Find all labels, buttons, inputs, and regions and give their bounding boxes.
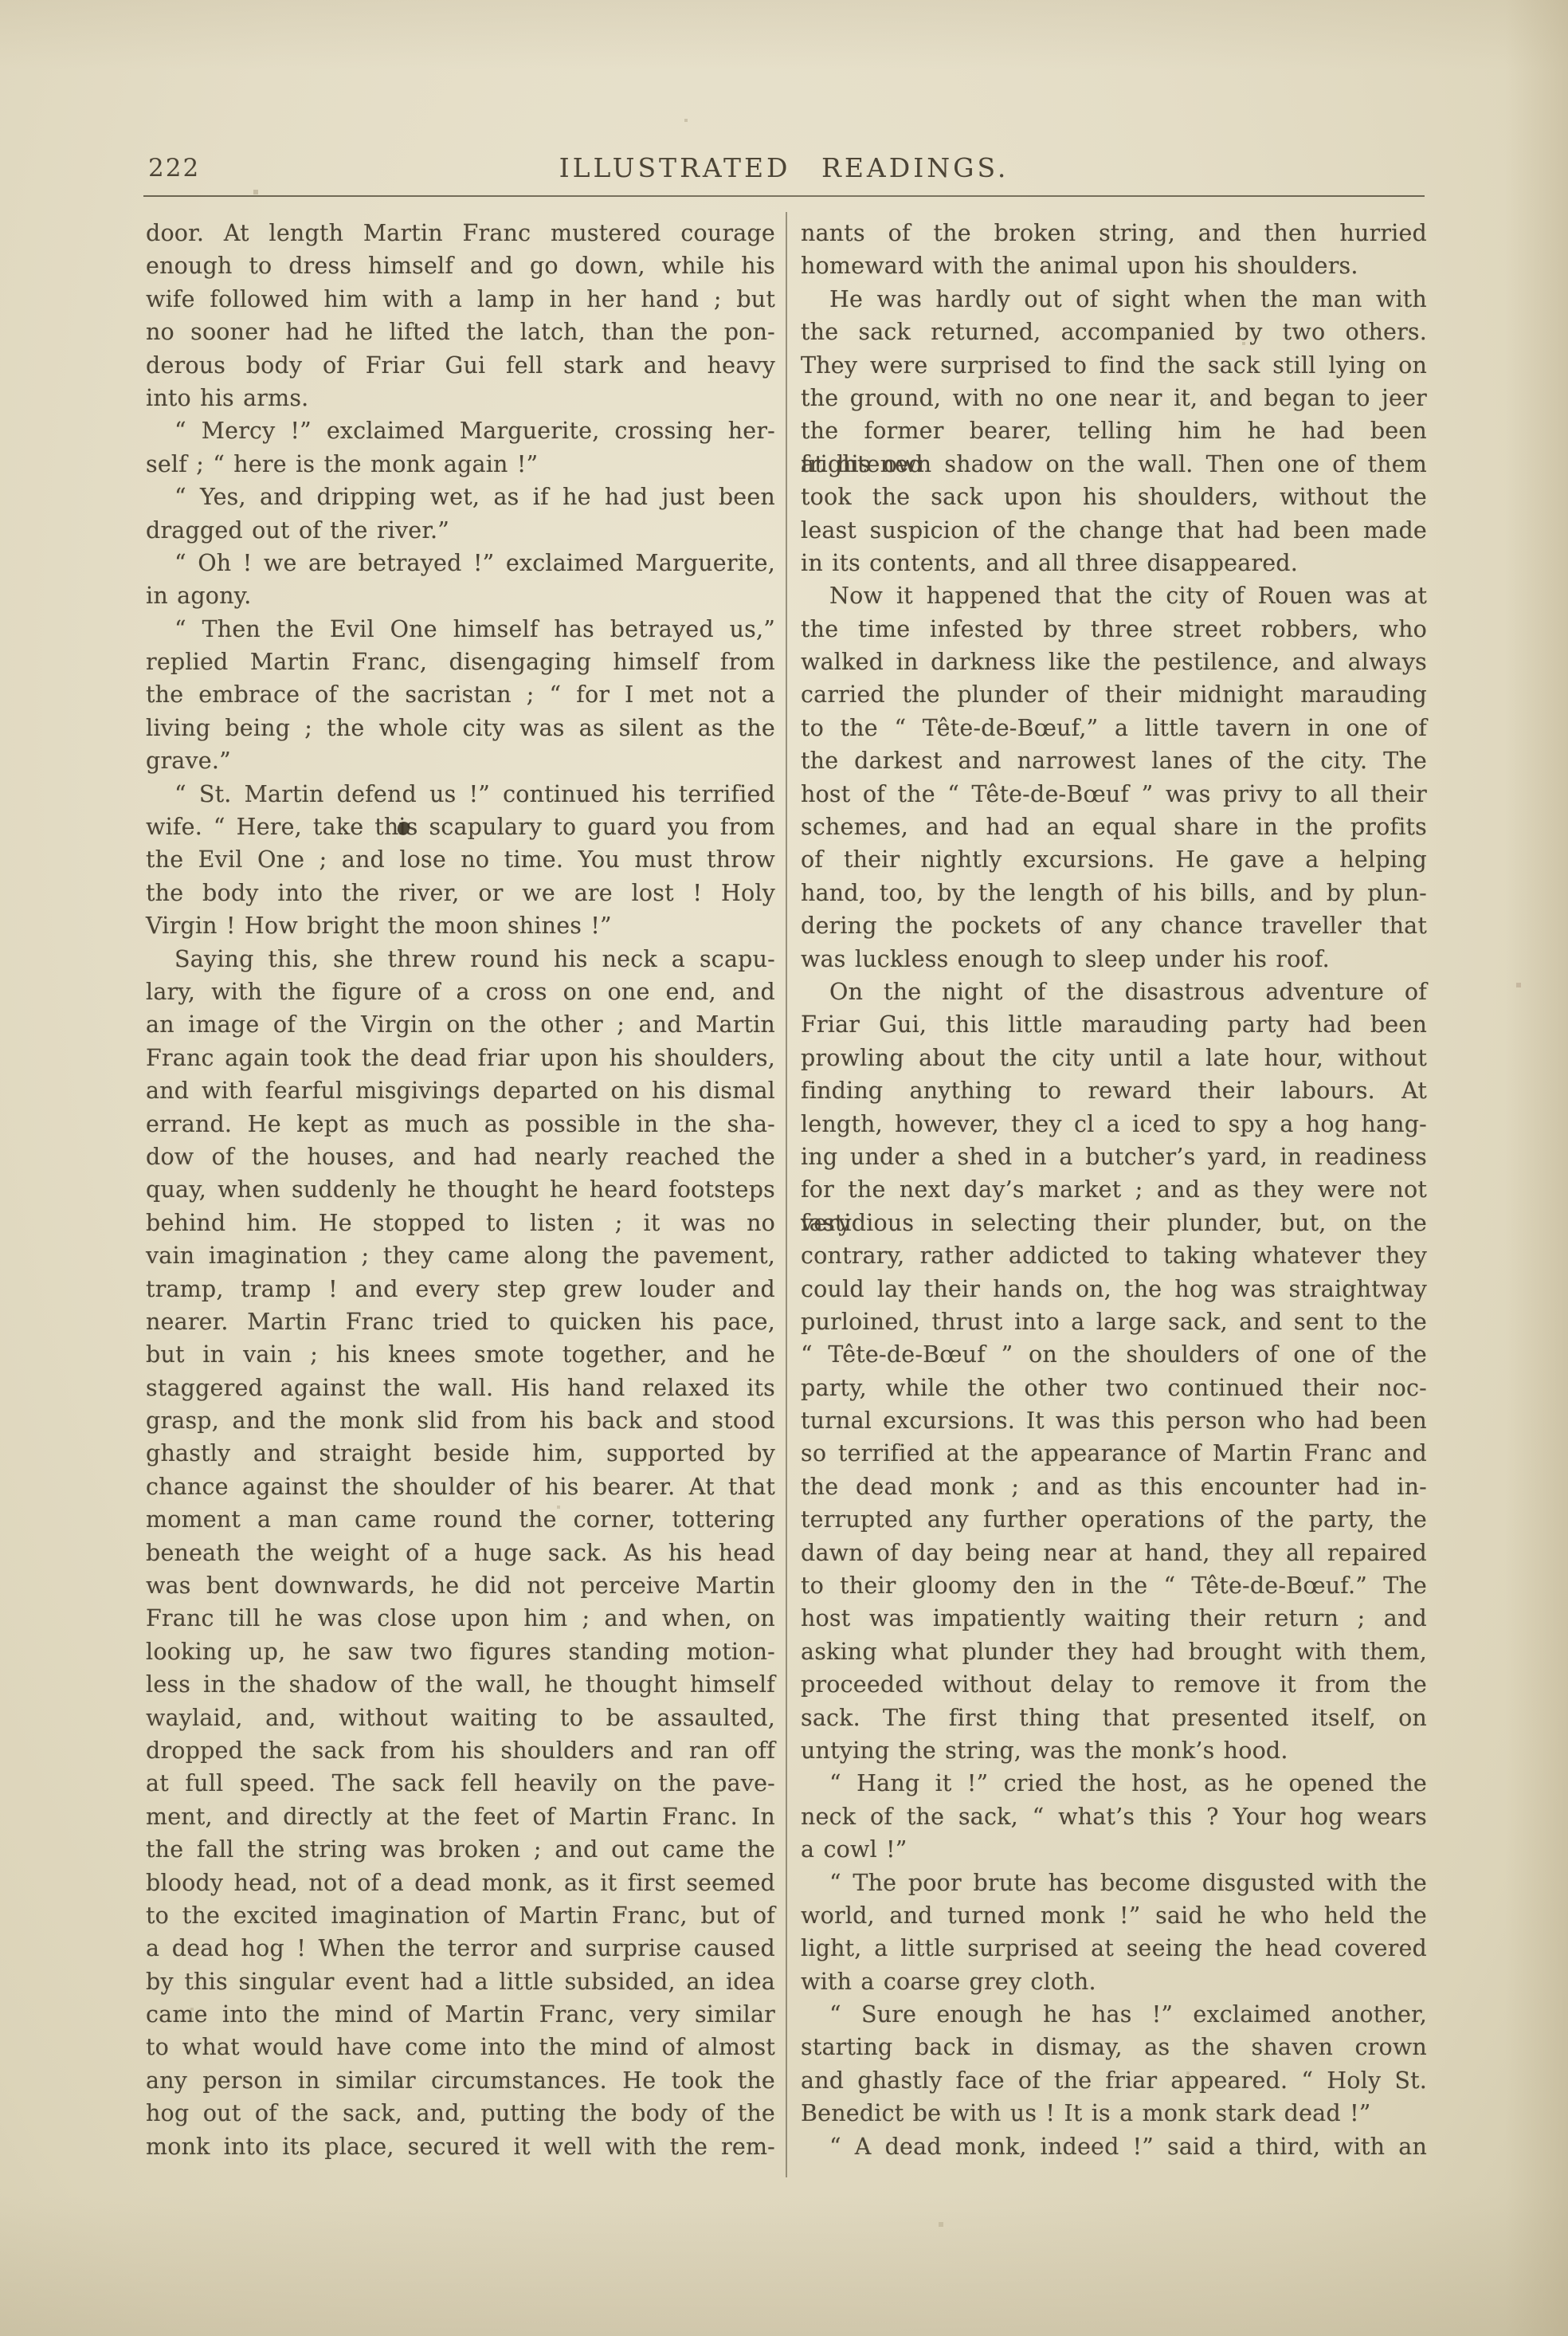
text-line: so terrified at the appearance of Martin…	[801, 1437, 1427, 1470]
column-divider	[786, 212, 787, 2177]
text-line: the embrace of the sacristan ; “ for I m…	[146, 678, 775, 711]
text-line: carried the plunder of their midnight ma…	[801, 678, 1427, 711]
text-line: finding anything to reward their labours…	[801, 1074, 1427, 1107]
text-line: chance against the shoulder of his beare…	[146, 1470, 775, 1503]
text-line: Benedict be with us ! It is a monk stark…	[801, 2097, 1427, 2130]
text-line: turnal excursions. It was this person wh…	[801, 1404, 1427, 1437]
text-line: to the “ Tête-de-Bœuf,” a little tavern …	[801, 712, 1427, 744]
text-line: to the excited imagination of Martin Fra…	[146, 1899, 775, 1932]
text-line: waylaid, and, without waiting to be assa…	[146, 1702, 775, 1734]
text-line: “ Tête-de-Bœuf ” on the shoulders of one…	[801, 1338, 1427, 1371]
text-line: walked in darkness like the pestilence, …	[801, 646, 1427, 678]
text-line: world, and turned monk !” said he who he…	[801, 1899, 1427, 1932]
text-line: dragged out of the river.”	[146, 514, 775, 547]
text-line: Saying this, she threw round his neck a …	[146, 943, 775, 976]
text-line: Friar Gui, this little marauding party h…	[801, 1008, 1427, 1041]
text-line: into his arms.	[146, 382, 775, 414]
text-line: the time infested by three street robber…	[801, 613, 1427, 646]
text-column-left: door. At length Martin Franc mustered co…	[146, 217, 775, 2163]
text-line: schemes, and had an equal share in the p…	[801, 811, 1427, 843]
text-line: the Evil One ; and lose no time. You mus…	[146, 843, 775, 876]
text-line: door. At length Martin Franc mustered co…	[146, 217, 775, 249]
text-line: moment a man came round the corner, tott…	[146, 1503, 775, 1536]
text-line: “ St. Martin defend us !” continued his …	[146, 778, 775, 811]
text-line: “ Sure enough he has !” exclaimed anothe…	[801, 1998, 1427, 2031]
text-line: the dead monk ; and as this encounter ha…	[801, 1470, 1427, 1503]
text-line: host of the “ Tête-de-Bœuf ” was privy t…	[801, 778, 1427, 811]
text-line: “ Hang it !” cried the host, as he opene…	[801, 1767, 1427, 1800]
text-line: He was hardly out of sight when the man …	[801, 283, 1427, 316]
text-line: at full speed. The sack fell heavily on …	[146, 1767, 775, 1800]
text-line: “ Mercy !” exclaimed Marguerite, crossin…	[146, 414, 775, 447]
text-line: Franc again took the dead friar upon his…	[146, 1042, 775, 1074]
text-line: self ; “ here is the monk again !”	[146, 448, 775, 481]
text-line: party, while the other two continued the…	[801, 1372, 1427, 1404]
text-line: and ghastly face of the friar appeared. …	[801, 2064, 1427, 2097]
text-line: contrary, rather addicted to taking what…	[801, 1239, 1427, 1272]
text-line: dropped the sack from his shoulders and …	[146, 1734, 775, 1767]
text-line: living being ; the whole city was as sil…	[146, 712, 775, 744]
text-line: less in the shadow of the wall, he thoug…	[146, 1668, 775, 1701]
text-line: to what would have come into the mind of…	[146, 2031, 775, 2063]
running-title: ILLUSTRATED READINGS.	[143, 152, 1425, 183]
text-line: of their nightly excursions. He gave a h…	[801, 843, 1427, 876]
text-line: the sack returned, accompanied by two ot…	[801, 316, 1427, 348]
text-line: grave.”	[146, 744, 775, 777]
text-line: a cowl !”	[801, 1833, 1427, 1866]
book-page: 222 ILLUSTRATED READINGS. door. At lengt…	[0, 0, 1568, 2336]
text-line: by this singular event had a little subs…	[146, 1965, 775, 1998]
text-line: any person in similar circumstances. He …	[146, 2064, 775, 2097]
text-line: and with fearful misgivings departed on …	[146, 1074, 775, 1107]
text-line: monk into its place, secured it well wit…	[146, 2130, 775, 2163]
text-line: Now it happened that the city of Rouen w…	[801, 579, 1427, 612]
text-line: beneath the weight of a huge sack. As hi…	[146, 1537, 775, 1569]
text-line: staggered against the wall. His hand rel…	[146, 1372, 775, 1404]
text-line: “ Oh ! we are betrayed !” exclaimed Marg…	[146, 547, 775, 579]
text-line: “ The poor brute has become disgusted wi…	[801, 1867, 1427, 1899]
text-line: tramp, tramp ! and every step grew loude…	[146, 1273, 775, 1305]
text-line: “ Then the Evil One himself has betrayed…	[146, 613, 775, 646]
text-line: terrupted any further operations of the …	[801, 1503, 1427, 1536]
text-line: ghastly and straight beside him, support…	[146, 1437, 775, 1470]
text-line: at his own shadow on the wall. Then one …	[801, 448, 1427, 481]
text-line: bloody head, not of a dead monk, as it f…	[146, 1867, 775, 1899]
text-line: “ Yes, and dripping wet, as if he had ju…	[146, 481, 775, 513]
text-line: ing under a shed in a butcher’s yard, in…	[801, 1141, 1427, 1173]
text-line: took the sack upon his shoulders, withou…	[801, 481, 1427, 513]
text-line: wife followed him with a lamp in her han…	[146, 283, 775, 316]
text-line: replied Martin Franc, disengaging himsel…	[146, 646, 775, 678]
text-line: least suspicion of the change that had b…	[801, 514, 1427, 547]
text-line: Virgin ! How bright the moon shines !”	[146, 909, 775, 942]
text-line: lary, with the figure of a cross on one …	[146, 976, 775, 1008]
text-line: but in vain ; his knees smote together, …	[146, 1338, 775, 1371]
text-line: behind him. He stopped to listen ; it wa…	[146, 1207, 775, 1239]
text-line: wife. “ Here, take this scapulary to gua…	[146, 811, 775, 843]
header-rule	[143, 195, 1425, 197]
text-line: ment, and directly at the feet of Martin…	[146, 1800, 775, 1833]
text-line: derous body of Friar Gui fell stark and …	[146, 349, 775, 382]
text-line: with a coarse grey cloth.	[801, 1965, 1427, 1998]
text-line: enough to dress himself and go down, whi…	[146, 249, 775, 282]
text-line: nearer. Martin Franc tried to quicken hi…	[146, 1305, 775, 1338]
text-line: “ A dead monk, indeed !” said a third, w…	[801, 2130, 1427, 2163]
text-line: untying the string, was the monk’s hood.	[801, 1734, 1427, 1767]
text-line: homeward with the animal upon his should…	[801, 249, 1427, 282]
text-line: dow of the houses, and had nearly reache…	[146, 1141, 775, 1173]
text-line: host was impatiently waiting their retur…	[801, 1602, 1427, 1635]
text-line: starting back in dismay, as the shaven c…	[801, 2031, 1427, 2063]
text-line: light, a little surprised at seeing the …	[801, 1932, 1427, 1965]
text-line: dering the pockets of any chance travell…	[801, 909, 1427, 942]
text-line: neck of the sack, “ what’s this ? Your h…	[801, 1800, 1427, 1833]
text-line: On the night of the disastrous adventure…	[801, 976, 1427, 1008]
text-line: length, however, they cl a iced to spy a…	[801, 1108, 1427, 1141]
text-line: no sooner had he lifted the latch, than …	[146, 316, 775, 348]
paper-specks	[0, 0, 2, 2]
text-line: quay, when suddenly he thought he heard …	[146, 1173, 775, 1206]
text-line: a dead hog ! When the terror and surpris…	[146, 1932, 775, 1965]
text-line: prowling about the city until a late hou…	[801, 1042, 1427, 1074]
text-line: nants of the broken string, and then hur…	[801, 217, 1427, 249]
text-line: grasp, and the monk slid from his back a…	[146, 1404, 775, 1437]
text-line: an image of the Virgin on the other ; an…	[146, 1008, 775, 1041]
text-line: purloined, thrust into a large sack, and…	[801, 1305, 1427, 1338]
text-line: vain imagination ; they came along the p…	[146, 1239, 775, 1272]
text-line: hog out of the sack, and, putting the bo…	[146, 2097, 775, 2130]
text-line: dawn of day being near at hand, they all…	[801, 1537, 1427, 1569]
text-line: to their gloomy den in the “ Tête-de-Bœu…	[801, 1569, 1427, 1602]
text-line: the fall the string was broken ; and out…	[146, 1833, 775, 1866]
text-line: looking up, he saw two figures standing …	[146, 1635, 775, 1668]
text-line: was bent downwards, he did not perceive …	[146, 1569, 775, 1602]
text-line: could lay their hands on, the hog was st…	[801, 1273, 1427, 1305]
text-line: in its contents, and all three disappear…	[801, 547, 1427, 579]
text-line: errand. He kept as much as possible in t…	[146, 1108, 775, 1141]
text-line: proceeded without delay to remove it fro…	[801, 1668, 1427, 1701]
text-line: the former bearer, telling him he had be…	[801, 414, 1427, 447]
text-line: the darkest and narrowest lanes of the c…	[801, 744, 1427, 777]
text-line: Franc till he was close upon him ; and w…	[146, 1602, 775, 1635]
text-line: the ground, with no one near it, and beg…	[801, 382, 1427, 414]
text-line: came into the mind of Martin Franc, very…	[146, 1998, 775, 2031]
text-line: sack. The first thing that presented its…	[801, 1702, 1427, 1734]
text-line: hand, too, by the length of his bills, a…	[801, 877, 1427, 909]
text-column-right: nants of the broken string, and then hur…	[801, 217, 1427, 2163]
text-line: the body into the river, or we are lost …	[146, 877, 775, 909]
text-line: was luckless enough to sleep under his r…	[801, 943, 1427, 976]
text-line: asking what plunder they had brought wit…	[801, 1635, 1427, 1668]
text-line: in agony.	[146, 579, 775, 612]
text-line: They were surprised to find the sack sti…	[801, 349, 1427, 382]
text-line: for the next day’s market ; and as they …	[801, 1173, 1427, 1206]
text-line: fastidious in selecting their plunder, b…	[801, 1207, 1427, 1239]
